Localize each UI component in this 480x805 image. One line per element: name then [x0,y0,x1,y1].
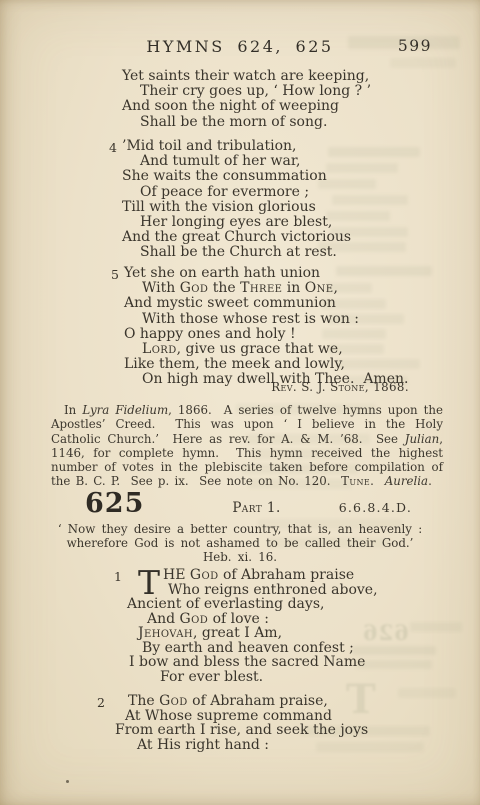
book-page: 626 T HYMNS 624, 625 599 Yet saints thei… [0,0,480,805]
verse-number: 4 [109,140,117,155]
hymn-line: Ancient of everlasting days, [127,597,378,612]
verse-number: 2 [97,695,105,710]
drop-cap: T [138,568,160,598]
stanza: 5Yet she on earth hath unionWith God the… [124,266,408,388]
stanza: 1THE God of Abraham praiseWho reigns ent… [127,568,378,684]
hymn-line: She waits the consummation [122,169,351,184]
hymn-heading: 625 Part 1. 6.6.8.4.D. [85,490,412,518]
stanza: Yet saints their watch are keeping,Their… [122,69,371,130]
hymn-line: Her longing eyes are blest, [122,215,351,230]
hymn-line: At His right hand : [114,738,368,753]
hymn-line: The God of Abraham praise, [114,694,368,709]
hymn-line: For ever blest. [127,670,378,685]
hymn-line: Till with the vision glorious [122,200,351,215]
bleed-through-smudge [410,622,462,632]
hymn-line: Of peace for evermore ; [122,185,351,200]
epigraph: ‘ Now they desire a better country, that… [30,522,450,564]
bleed-through-smudge [398,688,456,698]
hymn-line: Shall be the morn of song. [122,115,371,130]
bleed-through-smudge [390,58,456,68]
hymn-line: Lord, give us grace that we, [124,342,408,357]
hymn-line: Yet saints their watch are keeping, [122,69,371,84]
page-number: 599 [398,37,432,55]
hymn-line: Yet she on earth hath union [124,266,408,281]
scripture-reference: Heb. xi. 16. [30,550,450,564]
ink-speck [66,780,69,783]
hymn-line: And soon the night of weeping [122,99,371,114]
hymn-line: With those whose rest is won : [124,312,408,327]
page-header: HYMNS 624, 625 599 [0,37,480,57]
hymn-line: And God of love : [127,612,378,627]
epigraph-line: wherefore God is not ashamed to be calle… [30,536,450,550]
verse-number: 1 [114,569,122,584]
verse-number: 5 [111,267,119,282]
hymn-line: Jehovah, great I Am, [127,626,378,641]
stanza: 4’Mid toil and tribulation,And tumult of… [122,139,351,261]
hymn-line: From earth I rise, and seek the joys [114,723,368,738]
meter-label: 6.6.8.4.D. [339,500,412,515]
hymn-line: By earth and heaven confest ; [127,641,378,656]
epigraph-line: ‘ Now they desire a better country, that… [30,522,450,536]
hymn-line: Their cry goes up, ‘ How long ? ’ [122,84,371,99]
hymn-line: HE God of Abraham praise [127,568,378,583]
hymn-line: O happy ones and holy ! [124,327,408,342]
hymn-line: And the great Church victorious [122,230,351,245]
author-attribution: Rev. S. J. Stone, 1868. [271,380,409,394]
hymn-number: 625 [85,490,144,518]
hymn-note: In Lyra Fidelium, 1866. A series of twel… [51,403,443,489]
hymn-line: Who reigns enthroned above, [127,583,378,598]
hymn-line: And tumult of her war, [122,154,351,169]
hymn-line: Like them, the meek and lowly, [124,357,408,372]
hymn-line: ’Mid toil and tribulation, [122,139,351,154]
hymn-line: At Whose supreme command [114,709,368,724]
hymn-line: And mystic sweet communion [124,296,408,311]
hymn-line: I bow and bless the sacred Name [127,655,378,670]
hymn-line: Shall be the Church at rest. [122,245,351,260]
stanza: 2The God of Abraham praise,At Whose supr… [114,694,368,752]
hymn-line: With God the Three in One, [124,281,408,296]
part-label: Part 1. [202,500,280,516]
